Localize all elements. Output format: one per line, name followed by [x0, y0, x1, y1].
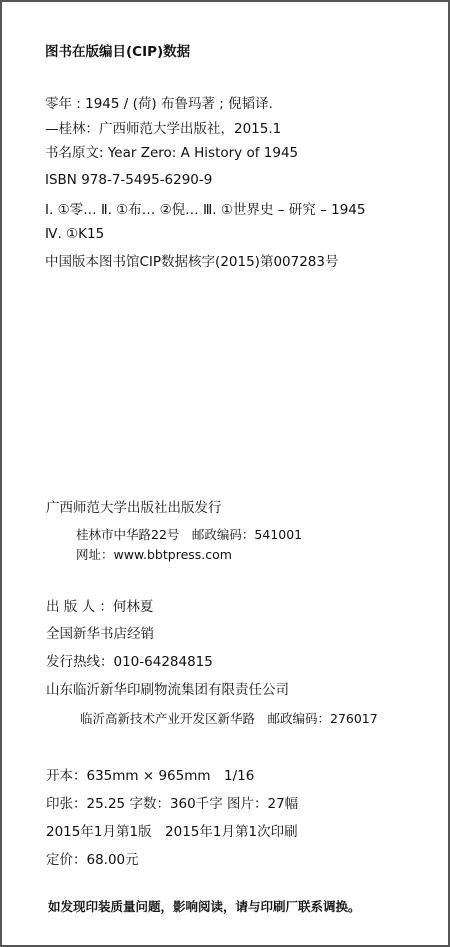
spec-sheets: 印张：25.25 字数：360千字 图片：27幅 [46, 795, 298, 813]
cip-classification-1: Ⅰ. ①零… Ⅱ. ①布… ②倪… Ⅲ. ①世界史 – 研究 – 1945 [45, 201, 366, 219]
publisher-address: 桂林市中华路22号 邮政编码：541001 [76, 526, 302, 544]
printer-address: 临沂高新技术产业开发区新华路 邮政编码：276017 [80, 710, 378, 728]
spec-format: 开本：635mm × 965mm 1/16 [46, 767, 254, 785]
publisher-person: 出 版 人 ：何林夏 [46, 598, 153, 616]
copyright-page: 图书在版编目(CIP)数据 零年 : 1945 / (荷) 布鲁玛著 ; 倪韬译… [0, 0, 450, 947]
distribution-seller: 全国新华书店经销 [46, 625, 154, 643]
cip-classification-2: Ⅳ. ①K15 [45, 225, 104, 243]
cip-isbn: ISBN 978-7-5495-6290-9 [45, 171, 212, 189]
cip-original-title: 书名原文: Year Zero: A History of 1945 [45, 144, 298, 162]
cip-number: 中国版本图书馆CIP数据核字(2015)第007283号 [45, 253, 338, 271]
quality-notice: 如发现印装质量问题，影响阅读，请与印刷厂联系调换。 [48, 898, 361, 916]
distribution-hotline: 发行热线：010-64284815 [46, 653, 213, 671]
spec-edition: 2015年1月第1版 2015年1月第1次印刷 [46, 823, 298, 841]
publisher-name: 广西师范大学出版社出版发行 [46, 499, 222, 517]
printer-name: 山东临沂新华印刷物流集团有限责任公司 [46, 681, 289, 699]
cip-title-line: 零年 : 1945 / (荷) 布鲁玛著 ; 倪韬译. [45, 95, 273, 113]
cip-heading: 图书在版编目(CIP)数据 [45, 43, 190, 61]
publisher-website: 网址：www.bbtpress.com [76, 546, 232, 564]
cip-publisher-line: —桂林：广西师范大学出版社，2015.1 [45, 120, 281, 138]
spec-price: 定价：68.00元 [46, 851, 139, 869]
